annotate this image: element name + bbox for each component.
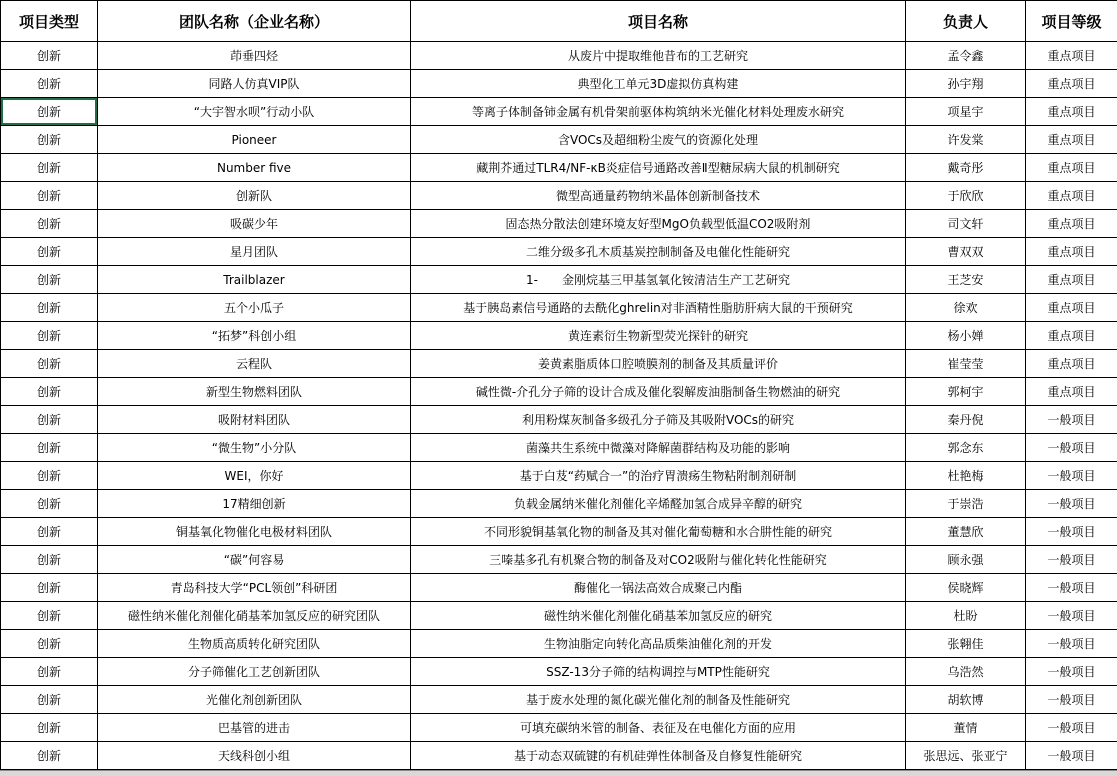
cell-level[interactable]: 重点项目	[1026, 182, 1117, 210]
table-row: 创新Number five藏荆芥通过TLR4/NF-κB炎症信号通路改善Ⅱ型糖尿…	[1, 154, 1117, 182]
cell-project[interactable]: 黄连素衍生物新型荧光探针的研究	[411, 322, 906, 350]
cell-team[interactable]: 巴基管的进击	[98, 714, 411, 742]
cell-project[interactable]: 含VOCs及超细粉尘废气的资源化处理	[411, 126, 906, 154]
cell-type[interactable]: 创新	[1, 238, 98, 266]
cell-leader[interactable]: 张思远、张亚宁	[906, 742, 1026, 770]
cell-team[interactable]: 云程队	[98, 350, 411, 378]
table-row: 创新“碳”何容易三嗪基多孔有机聚合物的制备及对CO2吸附与催化转化性能研究顾永强…	[1, 546, 1117, 574]
header-project-type[interactable]: 项目类型	[1, 1, 98, 42]
cell-level[interactable]: 一般项目	[1026, 742, 1117, 770]
cell-type[interactable]: 创新	[1, 406, 98, 434]
cell-project[interactable]: 磁性纳米催化剂催化硝基苯加氢反应的研究	[411, 602, 906, 630]
cell-project[interactable]: 姜黄素脂质体口腔喷膜剂的制备及其质量评价	[411, 350, 906, 378]
cell-leader[interactable]: 胡软博	[906, 686, 1026, 714]
cell-team[interactable]: Number five	[98, 154, 411, 182]
cell-leader[interactable]: 崔莹莹	[906, 350, 1026, 378]
cell-type[interactable]: 创新	[1, 714, 98, 742]
cell-team[interactable]: 光催化剂创新团队	[98, 686, 411, 714]
cell-project[interactable]: 三嗪基多孔有机聚合物的制备及对CO2吸附与催化转化性能研究	[411, 546, 906, 574]
table-row: 创新“大宇智水呗”行动小队等离子体制备铈金属有机骨架前驱体构筑纳米光催化材料处理…	[1, 98, 1117, 126]
table-row: 创新“拓梦”科创小组黄连素衍生物新型荧光探针的研究杨小婵重点项目	[1, 322, 1117, 350]
table-row: 创新Trailblazer1- 金刚烷基三甲基氢氧化铵清洁生产工艺研究王芝安重点…	[1, 266, 1117, 294]
table-row: 创新生物质高质转化研究团队生物油脂定向转化高品质柴油催化剂的开发张翱佳一般项目	[1, 630, 1117, 658]
cell-project[interactable]: 从废片中提取维他昔布的工艺研究	[411, 42, 906, 70]
cell-leader[interactable]: 乌浩然	[906, 658, 1026, 686]
table-row: 创新茚垂四烃从废片中提取维他昔布的工艺研究孟令鑫重点项目	[1, 42, 1117, 70]
cell-type[interactable]: 创新	[1, 126, 98, 154]
cell-level[interactable]: 重点项目	[1026, 294, 1117, 322]
cell-leader[interactable]: 秦丹倪	[906, 406, 1026, 434]
cell-team[interactable]: “大宇智水呗”行动小队	[98, 98, 411, 126]
cell-level[interactable]: 重点项目	[1026, 322, 1117, 350]
cell-team[interactable]: 吸附材料团队	[98, 406, 411, 434]
cell-leader[interactable]: 许发棠	[906, 126, 1026, 154]
cell-team[interactable]: WEI，你好	[98, 462, 411, 490]
cell-leader[interactable]: 司文轩	[906, 210, 1026, 238]
cell-project[interactable]: 利用粉煤灰制备多级孔分子筛及其吸附VOCs的研究	[411, 406, 906, 434]
cell-leader[interactable]: 孟令鑫	[906, 42, 1026, 70]
cell-project[interactable]: SSZ-13分子筛的结构调控与MTP性能研究	[411, 658, 906, 686]
spreadsheet-view: 项目类型 团队名称（企业名称） 项目名称 负责人 项目等级 创新茚垂四烃从废片中…	[0, 0, 1117, 776]
table-row: 创新吸附材料团队利用粉煤灰制备多级孔分子筛及其吸附VOCs的研究秦丹倪一般项目	[1, 406, 1117, 434]
cell-project[interactable]: 基于白芨“药赋合一”的治疗胃溃疡生物粘附制剂研制	[411, 462, 906, 490]
cell-type[interactable]: 创新	[1, 210, 98, 238]
cell-level[interactable]: 一般项目	[1026, 490, 1117, 518]
cell-level[interactable]: 一般项目	[1026, 462, 1117, 490]
cell-project[interactable]: 典型化工单元3D虚拟仿真构建	[411, 70, 906, 98]
cell-project[interactable]: 等离子体制备铈金属有机骨架前驱体构筑纳米光催化材料处理废水研究	[411, 98, 906, 126]
cell-team[interactable]: 星月团队	[98, 238, 411, 266]
cell-project[interactable]: 藏荆芥通过TLR4/NF-κB炎症信号通路改善Ⅱ型糖尿病大鼠的机制研究	[411, 154, 906, 182]
cell-leader[interactable]: 项星宇	[906, 98, 1026, 126]
cell-type[interactable]: 创新	[1, 574, 98, 602]
cell-team[interactable]: 生物质高质转化研究团队	[98, 630, 411, 658]
table-row: 创新新型生物燃料团队碱性微-介孔分子筛的设计合成及催化裂解废油脂制备生物燃油的研…	[1, 378, 1117, 406]
cell-type[interactable]: 创新	[1, 602, 98, 630]
cell-type[interactable]: 创新	[1, 294, 98, 322]
table-row: 创新天线科创小组基于动态双硫键的有机硅弹性体制备及自修复性能研究张思远、张亚宁一…	[1, 742, 1117, 770]
cell-type[interactable]: 创新	[1, 518, 98, 546]
cell-leader[interactable]: 戴奇彤	[906, 154, 1026, 182]
cell-leader[interactable]: 王芝安	[906, 266, 1026, 294]
cell-leader[interactable]: 顾永强	[906, 546, 1026, 574]
cell-project[interactable]: 不同形貌铜基氧化物的制备及其对催化葡萄糖和水合肼性能的研究	[411, 518, 906, 546]
cell-level[interactable]: 重点项目	[1026, 70, 1117, 98]
cell-team[interactable]: 新型生物燃料团队	[98, 378, 411, 406]
cell-leader[interactable]: 曹双双	[906, 238, 1026, 266]
cell-type[interactable]: 创新	[1, 742, 98, 770]
cell-project[interactable]: 1- 金刚烷基三甲基氢氧化铵清洁生产工艺研究	[411, 266, 906, 294]
cell-leader[interactable]: 杜盼	[906, 602, 1026, 630]
cell-team[interactable]: 17精细创新	[98, 490, 411, 518]
table-row: 创新光催化剂创新团队基于废水处理的氮化碳光催化剂的制备及性能研究胡软博一般项目	[1, 686, 1117, 714]
cell-team[interactable]: 天线科创小组	[98, 742, 411, 770]
cell-team[interactable]: 磁性纳米催化剂催化硝基苯加氢反应的研究团队	[98, 602, 411, 630]
cell-level[interactable]: 重点项目	[1026, 238, 1117, 266]
partial-next-row-strip	[0, 770, 1117, 776]
cell-level[interactable]: 一般项目	[1026, 686, 1117, 714]
cell-level[interactable]: 重点项目	[1026, 210, 1117, 238]
cell-leader[interactable]: 杨小婵	[906, 322, 1026, 350]
cell-level[interactable]: 重点项目	[1026, 98, 1117, 126]
cell-type[interactable]: 创新	[1, 658, 98, 686]
cell-leader[interactable]: 于崇浩	[906, 490, 1026, 518]
cell-level[interactable]: 重点项目	[1026, 42, 1117, 70]
cell-type[interactable]: 创新	[1, 462, 98, 490]
cell-type[interactable]: 创新	[1, 630, 98, 658]
cell-team[interactable]: 铜基氧化物催化电极材料团队	[98, 518, 411, 546]
cell-type[interactable]: 创新	[1, 70, 98, 98]
cell-project[interactable]: 菌藻共生系统中微藻对降解菌群结构及功能的影响	[411, 434, 906, 462]
cell-type[interactable]: 创新	[1, 434, 98, 462]
cell-type[interactable]: 创新	[1, 490, 98, 518]
cell-project[interactable]: 二维分级多孔木质基炭控制制备及电催化性能研究	[411, 238, 906, 266]
table-row: 创新17精细创新负载金属纳米催化剂催化辛烯醛加氢合成异辛醇的研究于崇浩一般项目	[1, 490, 1117, 518]
cell-project[interactable]: 可填充碳纳米管的制备、表征及在电催化方面的应用	[411, 714, 906, 742]
table-row: 创新巴基管的进击可填充碳纳米管的制备、表征及在电催化方面的应用董情一般项目	[1, 714, 1117, 742]
cell-level[interactable]: 一般项目	[1026, 546, 1117, 574]
cell-project[interactable]: 基于废水处理的氮化碳光催化剂的制备及性能研究	[411, 686, 906, 714]
table-row: 创新铜基氧化物催化电极材料团队不同形貌铜基氧化物的制备及其对催化葡萄糖和水合肼性…	[1, 518, 1117, 546]
cell-level[interactable]: 重点项目	[1026, 266, 1117, 294]
cell-type[interactable]: 创新	[1, 182, 98, 210]
table-body: 创新茚垂四烃从废片中提取维他昔布的工艺研究孟令鑫重点项目创新同路人仿真VIP队典…	[1, 42, 1117, 770]
cell-level[interactable]: 重点项目	[1026, 126, 1117, 154]
cell-type[interactable]: 创新	[1, 266, 98, 294]
table-row: 创新云程队姜黄素脂质体口腔喷膜剂的制备及其质量评价崔莹莹重点项目	[1, 350, 1117, 378]
table-row: 创新同路人仿真VIP队典型化工单元3D虚拟仿真构建孙宇翔重点项目	[1, 70, 1117, 98]
cell-leader[interactable]: 徐欢	[906, 294, 1026, 322]
cell-team[interactable]: “微生物”小分队	[98, 434, 411, 462]
table-row: 创新创新队微型高通量药物纳米晶体创新制备技术于欣欣重点项目	[1, 182, 1117, 210]
cell-project[interactable]: 酶催化一锅法高效合成聚己内酯	[411, 574, 906, 602]
cell-level[interactable]: 一般项目	[1026, 714, 1117, 742]
cell-team[interactable]: 茚垂四烃	[98, 42, 411, 70]
cell-team[interactable]: 同路人仿真VIP队	[98, 70, 411, 98]
cell-project[interactable]: 微型高通量药物纳米晶体创新制备技术	[411, 182, 906, 210]
cell-type[interactable]: 创新	[1, 350, 98, 378]
cell-team[interactable]: 分子筛催化工艺创新团队	[98, 658, 411, 686]
cell-team[interactable]: 创新队	[98, 182, 411, 210]
cell-level[interactable]: 一般项目	[1026, 434, 1117, 462]
cell-project[interactable]: 基于胰岛素信号通路的去酰化ghrelin对非酒精性脂肪肝病大鼠的干预研究	[411, 294, 906, 322]
cell-team[interactable]: “碳”何容易	[98, 546, 411, 574]
table-row: 创新WEI，你好基于白芨“药赋合一”的治疗胃溃疡生物粘附制剂研制杜艳梅一般项目	[1, 462, 1117, 490]
cell-level[interactable]: 一般项目	[1026, 658, 1117, 686]
cell-team[interactable]: Trailblazer	[98, 266, 411, 294]
table-row: 创新“微生物”小分队菌藻共生系统中微藻对降解菌群结构及功能的影响郭念东一般项目	[1, 434, 1117, 462]
cell-team[interactable]: “拓梦”科创小组	[98, 322, 411, 350]
cell-project[interactable]: 基于动态双硫键的有机硅弹性体制备及自修复性能研究	[411, 742, 906, 770]
cell-team[interactable]: 青岛科技大学“PCL领创”科研团	[98, 574, 411, 602]
cell-level[interactable]: 重点项目	[1026, 350, 1117, 378]
header-leader[interactable]: 负责人	[906, 1, 1026, 42]
table-row: 创新Pioneer含VOCs及超细粉尘废气的资源化处理许发棠重点项目	[1, 126, 1117, 154]
table-header-row: 项目类型 团队名称（企业名称） 项目名称 负责人 项目等级	[1, 1, 1117, 42]
cell-team[interactable]: Pioneer	[98, 126, 411, 154]
cell-leader[interactable]: 董情	[906, 714, 1026, 742]
table-row: 创新星月团队二维分级多孔木质基炭控制制备及电催化性能研究曹双双重点项目	[1, 238, 1117, 266]
cell-level[interactable]: 重点项目	[1026, 378, 1117, 406]
cell-leader[interactable]: 杜艳梅	[906, 462, 1026, 490]
cell-leader[interactable]: 郭柯宇	[906, 378, 1026, 406]
cell-project[interactable]: 固态热分散法创建环境友好型MgO负载型低温CO2吸附剂	[411, 210, 906, 238]
cell-project[interactable]: 负载金属纳米催化剂催化辛烯醛加氢合成异辛醇的研究	[411, 490, 906, 518]
cell-type[interactable]: 创新	[1, 42, 98, 70]
cell-project[interactable]: 生物油脂定向转化高品质柴油催化剂的开发	[411, 630, 906, 658]
cell-team[interactable]: 吸碳少年	[98, 210, 411, 238]
selected-cell[interactable]: 创新	[1, 98, 98, 126]
cell-type[interactable]: 创新	[1, 686, 98, 714]
cell-level[interactable]: 一般项目	[1026, 630, 1117, 658]
cell-level[interactable]: 一般项目	[1026, 406, 1117, 434]
header-project-level[interactable]: 项目等级	[1026, 1, 1117, 42]
table-row: 创新青岛科技大学“PCL领创”科研团酶催化一锅法高效合成聚己内酯侯晓辉一般项目	[1, 574, 1117, 602]
table-row: 创新分子筛催化工艺创新团队SSZ-13分子筛的结构调控与MTP性能研究乌浩然一般…	[1, 658, 1117, 686]
cell-type[interactable]: 创新	[1, 378, 98, 406]
cell-level[interactable]: 一般项目	[1026, 518, 1117, 546]
cell-type[interactable]: 创新	[1, 154, 98, 182]
cell-leader[interactable]: 郭念东	[906, 434, 1026, 462]
project-table: 项目类型 团队名称（企业名称） 项目名称 负责人 项目等级 创新茚垂四烃从废片中…	[0, 0, 1117, 770]
cell-project[interactable]: 碱性微-介孔分子筛的设计合成及催化裂解废油脂制备生物燃油的研究	[411, 378, 906, 406]
table-row: 创新吸碳少年固态热分散法创建环境友好型MgO负载型低温CO2吸附剂司文轩重点项目	[1, 210, 1117, 238]
cell-leader[interactable]: 于欣欣	[906, 182, 1026, 210]
cell-type[interactable]: 创新	[1, 546, 98, 574]
cell-leader[interactable]: 孙宇翔	[906, 70, 1026, 98]
header-project-name[interactable]: 项目名称	[411, 1, 906, 42]
cell-leader[interactable]: 张翱佳	[906, 630, 1026, 658]
cell-type[interactable]: 创新	[1, 322, 98, 350]
cell-level[interactable]: 一般项目	[1026, 602, 1117, 630]
header-team-name[interactable]: 团队名称（企业名称）	[98, 1, 411, 42]
cell-leader[interactable]: 侯晓辉	[906, 574, 1026, 602]
table-row: 创新五个小瓜子基于胰岛素信号通路的去酰化ghrelin对非酒精性脂肪肝病大鼠的干…	[1, 294, 1117, 322]
cell-leader[interactable]: 董慧欣	[906, 518, 1026, 546]
cell-team[interactable]: 五个小瓜子	[98, 294, 411, 322]
table-row: 创新磁性纳米催化剂催化硝基苯加氢反应的研究团队磁性纳米催化剂催化硝基苯加氢反应的…	[1, 602, 1117, 630]
cell-level[interactable]: 重点项目	[1026, 154, 1117, 182]
cell-level[interactable]: 一般项目	[1026, 574, 1117, 602]
